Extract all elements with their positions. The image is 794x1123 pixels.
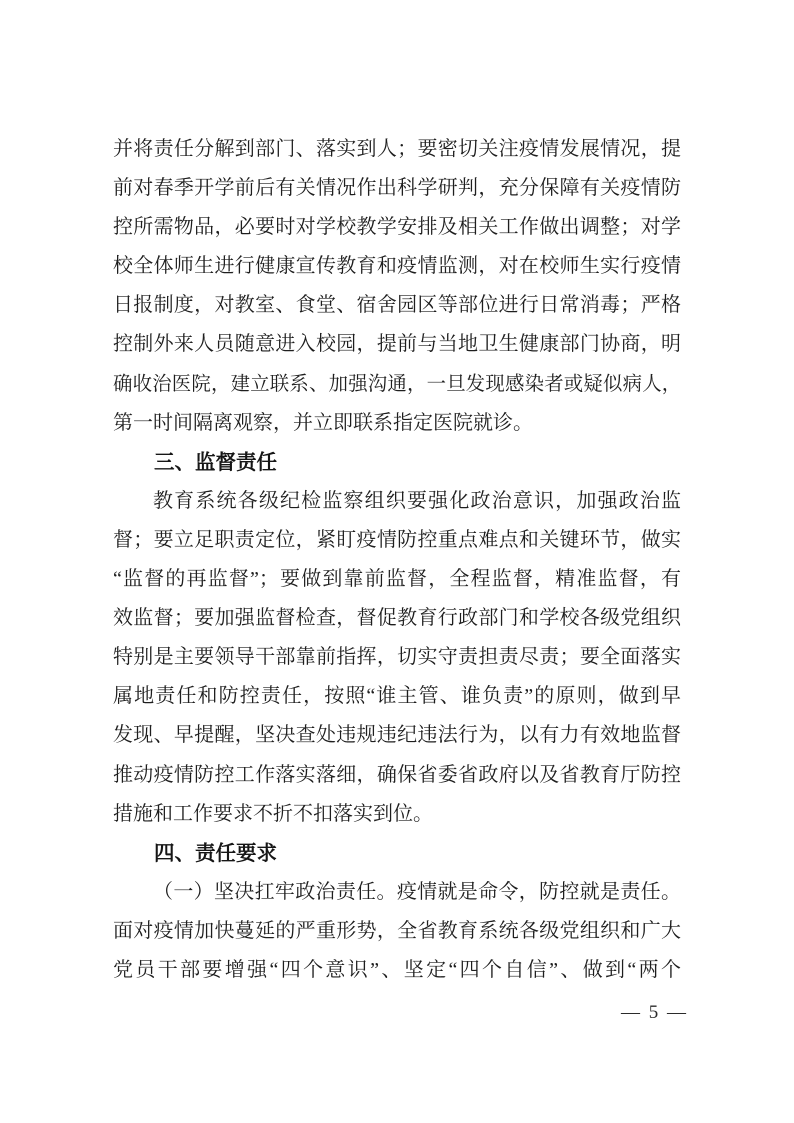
text-line: 校全体师生进行健康宣传教育和疫情监测，对在校师生实行疫情 <box>113 247 681 286</box>
text-line: 特别是主要领导干部靠前指挥，切实守责担责尽责；要全面落实 <box>113 638 681 677</box>
text-line: 发现、早提醒，坚决查处违规违纪违法行为，以有力有效地监督 <box>113 716 681 755</box>
text-line: “监督的再监督”；要做到靠前监督，全程监督，精准监督，有 <box>113 560 681 599</box>
text-line: 措施和工作要求不折不扣落实到位。 <box>113 795 681 834</box>
text-line: 并将责任分解到部门、落实到人；要密切关注疫情发展情况，提 <box>113 130 681 169</box>
text-line: （一）坚决扛牢政治责任。疫情就是命令，防控就是责任。 <box>113 873 681 912</box>
text-line: 教育系统各级纪检监察组织要强化政治意识，加强政治监 <box>113 482 681 521</box>
text-line: 推动疫情防控工作落实落细，确保省委省政府以及省教育厅防控 <box>113 756 681 795</box>
document-body: 并将责任分解到部门、落实到人；要密切关注疫情发展情况，提前对春季开学前后有关情况… <box>113 130 681 990</box>
text-line: 属地责任和防控责任，按照“谁主管、谁负责”的原则，做到早 <box>113 677 681 716</box>
text-line: 党员干部要增强“四个意识”、坚定“四个自信”、做到“两个 <box>113 951 681 990</box>
text-line: 效监督；要加强监督检查，督促教育行政部门和学校各级党组织 <box>113 599 681 638</box>
text-line: 控制外来人员随意进入校园，提前与当地卫生健康部门协商，明 <box>113 325 681 364</box>
text-line: 督；要立足职责定位，紧盯疫情防控重点难点和关键环节，做实 <box>113 521 681 560</box>
section-heading: 四、责任要求 <box>113 834 681 873</box>
text-line: 日报制度，对教室、食堂、宿舍园区等部位进行日常消毒；严格 <box>113 286 681 325</box>
text-line: 确收治医院，建立联系、加强沟通，一旦发现感染者或疑似病人， <box>113 365 681 404</box>
text-line: 第一时间隔离观察，并立即联系指定医院就诊。 <box>113 404 681 443</box>
document-page: 并将责任分解到部门、落实到人；要密切关注疫情发展情况，提前对春季开学前后有关情况… <box>0 0 794 1123</box>
text-line: 控所需物品，必要时对学校教学安排及相关工作做出调整；对学 <box>113 208 681 247</box>
page-number: — 5 — <box>621 1000 688 1026</box>
text-line: 前对春季开学前后有关情况作出科学研判，充分保障有关疫情防 <box>113 169 681 208</box>
text-line: 面对疫情加快蔓延的严重形势，全省教育系统各级党组织和广大 <box>113 912 681 951</box>
section-heading: 三、监督责任 <box>113 443 681 482</box>
